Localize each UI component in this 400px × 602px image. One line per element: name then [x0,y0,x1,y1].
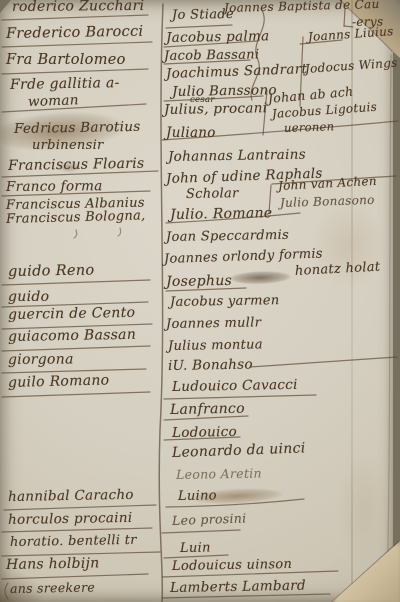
entry-franciscus-floaris: Franciscus Floaris [8,156,145,174]
entry-juliano: Juliano [166,125,216,141]
entry-lodouicus-uinson: Lodouicus uinson [172,557,292,574]
entry-frederico-barocci: Frederico Barocci [6,24,144,42]
entry-guido: guido [8,289,49,305]
entry-scholar: Scholar [186,186,239,202]
entry-jacob-bassani: Jacob Bassani [164,47,260,64]
entry-hannibal-caracho: hannibal Caracho [8,487,134,505]
entry-horculos-procaini: horculos procaini [8,510,133,528]
entry-hans-holbijn: Hans holbijn [6,555,100,573]
entry-julio-banssono: Julio Banssono [172,82,277,100]
entry-luino: Luino [178,488,217,504]
entry-jacobus-palma: Jacobus palma [166,28,270,46]
entry-ludouico-cavacci: Ludouico Cavacci [172,377,298,395]
entry-ueronen: ueronen [284,119,335,135]
entry-guercin-de-cento: guercin de Cento [8,305,136,323]
entry-lanfranco: Lanfranco [170,401,245,418]
entry-joan-speccardmis: Joan Speccardmis [166,228,289,245]
entry-luin: Luin [180,540,211,556]
entry-giorgona: giorgona [8,351,74,368]
entry-fra-bartolomeo: Fra Bartolomeo [6,52,126,68]
entry-iu-bonahso: iU. Bonahso [168,357,253,374]
entry-leo-prosini: Leo prosini [172,510,247,528]
entry-johannas-lantrains: Johannas Lantrains [168,147,306,165]
manuscript-photo: roderico Zucchari Frederico Barocci Fra … [0,0,400,602]
entry-roderico-zucchari: roderico Zucchari [12,0,144,15]
entry-cesar-insert: cesar [190,95,215,105]
entry-fedricus-barotius: Fedricus Barotius [14,119,141,137]
entry-julius-procani: Julius, procani [164,100,268,118]
entry-guiacomo-bassan: guiacomo Bassan [8,327,136,345]
entry-jacobus-yarmen: Jacobus yarmen [170,293,280,310]
entry-lamberts-lambard: Lamberts Lambard [170,578,306,596]
entry-leono-aretin: Leono Aretin [176,466,262,482]
entry-joannes-mullr: Joannes mullr [166,315,261,332]
entry-julio-romane: Julio. Romane [170,205,273,223]
entry-franco-forma: Franco forma [6,178,103,195]
entry-josephus: Josephus [166,273,232,290]
entry-lodouico: Lodouico [172,424,237,441]
entry-ans-sreekere: ans sreekere [10,580,95,596]
entry-horatio-bentelli: horatio. bentelli tr [10,533,137,550]
entry-frde-gallitia: Frde gallitia a- [10,75,120,93]
entry-urbinensir: urbinensir [32,138,104,153]
entry-guido-reno: guido Reno [8,262,95,280]
entry-woman: woman [28,92,79,110]
entry-julius-montua: Julius montua [168,337,263,354]
entry-guilo-romano: guilo Romano [8,372,110,391]
